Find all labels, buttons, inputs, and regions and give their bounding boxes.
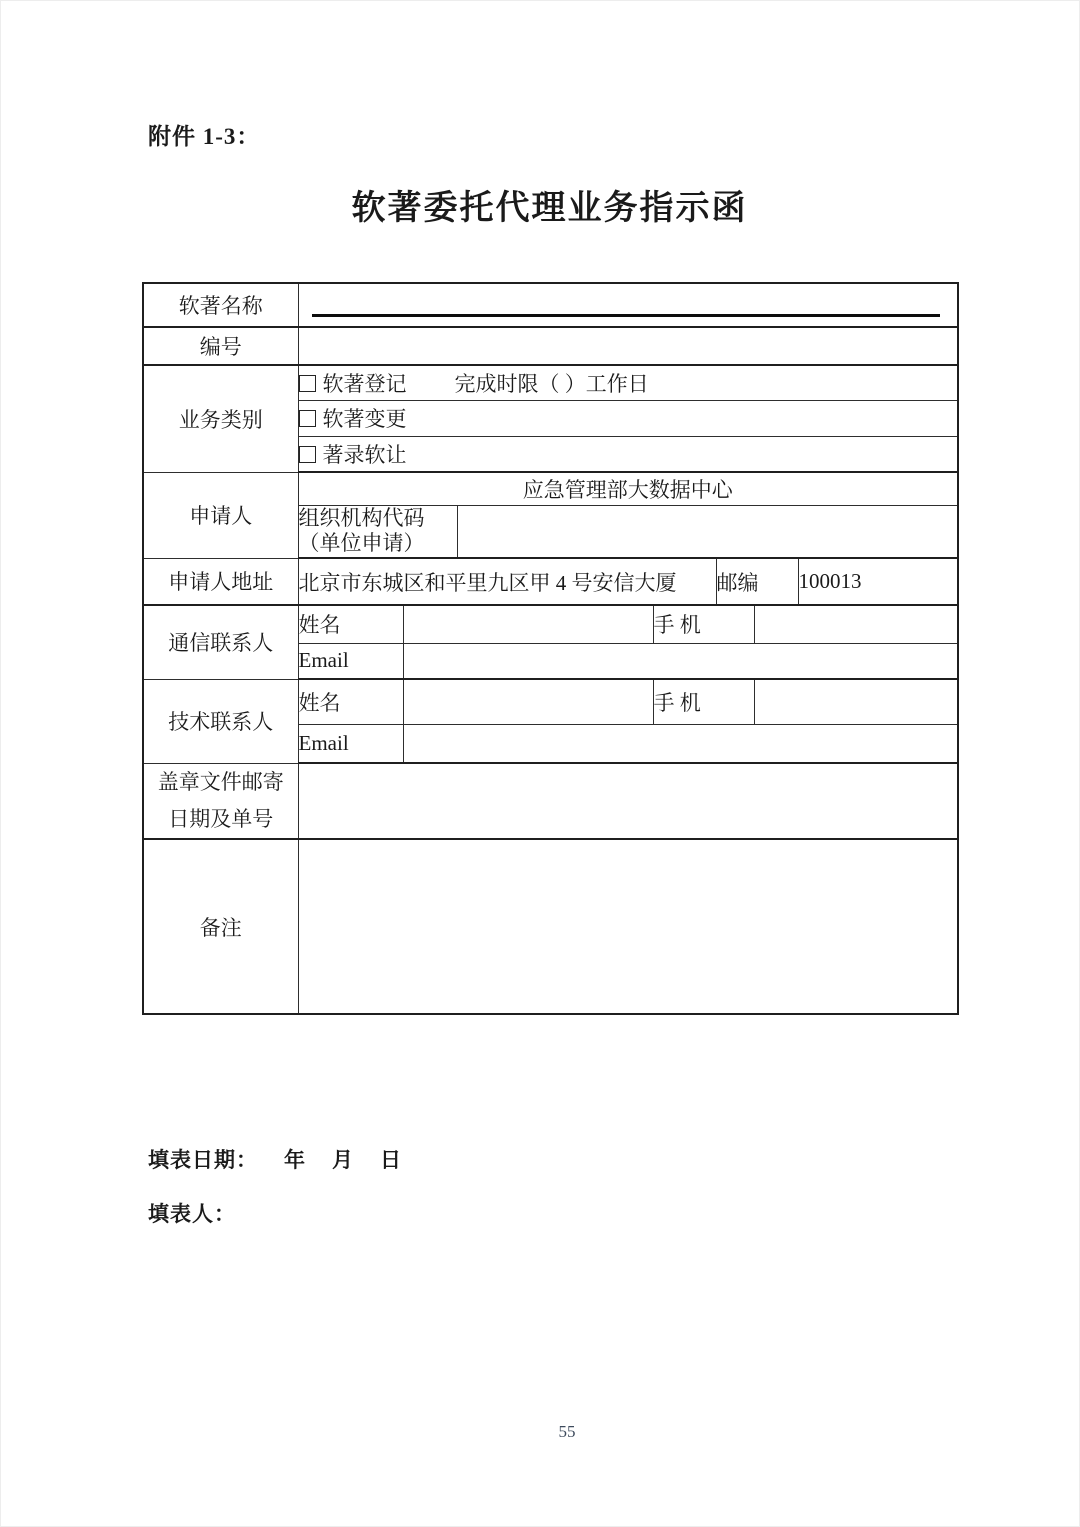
comm-contact-name-cell — [403, 605, 653, 643]
org-code-value-cell — [457, 505, 958, 558]
comm-contact-email-label: Email — [298, 643, 403, 679]
applicant-name: 应急管理部大数据中心 — [298, 472, 958, 505]
tech-contact-email-cell — [403, 724, 958, 763]
comm-contact-name-label: 姓名 — [298, 605, 403, 643]
business-option-transfer: 著录软让 — [298, 436, 958, 472]
checkbox-icon — [299, 375, 316, 392]
table-row: 申请人地址 北京市东城区和平里九区甲 4 号安信大厦 邮编 100013 — [143, 558, 958, 605]
document-page: 附件 1-3： 软著委托代理业务指示函 软著名称 编号 业务类别 软著登记完成时… — [0, 0, 1080, 1527]
business-option-change: 软著变更 — [298, 400, 958, 436]
fill-person-line: 填表人： — [148, 1198, 236, 1228]
applicant-address-value: 北京市东城区和平里九区甲 4 号安信大厦 — [298, 558, 716, 605]
org-code-label: 组织机构代码 （单位申请） — [298, 505, 457, 558]
table-row: 通信联系人 姓名 手 机 — [143, 605, 958, 643]
tech-contact-label: 技术联系人 — [143, 679, 298, 763]
mailing-value-cell — [298, 763, 958, 839]
applicant-address-label: 申请人地址 — [143, 558, 298, 605]
checkbox-icon — [299, 410, 316, 427]
fill-date-line: 填表日期：年月日 — [148, 1144, 402, 1174]
comm-contact-mobile-cell — [754, 605, 958, 643]
page-title: 软著委托代理业务指示函 — [142, 180, 957, 229]
business-type-label: 业务类别 — [143, 365, 298, 472]
page-number: 55 — [142, 1422, 992, 1442]
business-option-label: 软著变更 — [323, 407, 407, 431]
fill-person-label: 填表人： — [148, 1202, 236, 1226]
comm-contact-email-cell — [403, 643, 958, 679]
comm-contact-mobile-label: 手 机 — [653, 605, 754, 643]
applicant-label: 申请人 — [143, 472, 298, 558]
mailing-label: 盖章文件邮寄 日期及单号 — [143, 763, 298, 839]
table-row: 软著名称 — [143, 283, 958, 327]
year-label: 年 — [284, 1148, 306, 1172]
remarks-value-cell — [298, 839, 958, 1014]
fill-date-label: 填表日期： — [148, 1148, 258, 1172]
serial-number-label: 编号 — [143, 327, 298, 365]
table-row: 业务类别 软著登记完成时限（ ）工作日 — [143, 365, 958, 400]
table-row: 编号 — [143, 327, 958, 365]
comm-contact-label: 通信联系人 — [143, 605, 298, 679]
table-row: 技术联系人 姓名 手 机 — [143, 679, 958, 724]
month-label: 月 — [332, 1148, 354, 1172]
software-name-value-cell — [298, 283, 958, 327]
business-option-label: 著录软让 — [323, 443, 407, 467]
table-row: 备注 — [143, 839, 958, 1014]
table-row: 申请人 应急管理部大数据中心 — [143, 472, 958, 505]
business-option-label: 软著登记 — [323, 372, 407, 396]
checkbox-icon — [299, 446, 316, 463]
completion-time-note: 完成时限（ ）工作日 — [455, 372, 649, 396]
tech-contact-name-cell — [403, 679, 653, 724]
instruction-form-table: 软著名称 编号 业务类别 软著登记完成时限（ ）工作日 软著变更 著录软让 — [142, 282, 959, 1015]
day-label: 日 — [380, 1148, 402, 1172]
postcode-label: 邮编 — [716, 558, 798, 605]
postcode-value: 100013 — [798, 558, 958, 605]
tech-contact-mobile-label: 手 机 — [653, 679, 754, 724]
serial-number-value-cell — [298, 327, 958, 365]
tech-contact-email-label: Email — [298, 724, 403, 763]
tech-contact-name-label: 姓名 — [298, 679, 403, 724]
attachment-label: 附件 1-3： — [148, 118, 260, 151]
table-row: 盖章文件邮寄 日期及单号 — [143, 763, 958, 839]
business-option-registration: 软著登记完成时限（ ）工作日 — [298, 365, 958, 400]
tech-contact-mobile-cell — [754, 679, 958, 724]
software-name-label: 软著名称 — [143, 283, 298, 327]
fill-in-line — [312, 314, 941, 317]
remarks-label: 备注 — [143, 839, 298, 1014]
